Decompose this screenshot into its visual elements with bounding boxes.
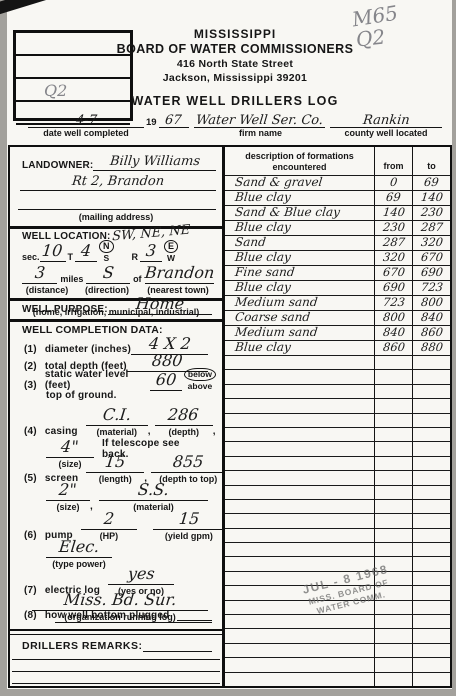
formation-description: Blue clay [225, 221, 374, 235]
formation-to [412, 370, 450, 383]
table-row: Sand287320 [225, 235, 450, 250]
distance-value: 3 [22, 263, 57, 284]
table-row [225, 427, 450, 441]
formation-to [412, 543, 450, 556]
formation-from: 140 [374, 206, 412, 220]
table-row: Fine sand670690 [225, 265, 450, 280]
formation-from [374, 500, 412, 513]
left-panel: LANDOWNER: Billy Williams Rt 2, Brandon … [10, 147, 222, 686]
table-row: Medium sand723800 [225, 295, 450, 310]
table-row [225, 571, 450, 585]
sec-value: 10 [40, 241, 66, 262]
table-row [225, 413, 450, 427]
formation-description [225, 514, 374, 527]
formation-to [412, 500, 450, 513]
formation-from: 287 [374, 236, 412, 250]
formation-from [374, 586, 412, 599]
formation-to [412, 486, 450, 499]
formation-from [374, 399, 412, 412]
formation-description [225, 414, 374, 427]
table-row: Blue clay230287 [225, 220, 450, 235]
item4-material-caption: (material) [96, 427, 137, 437]
remarks-line [12, 671, 220, 684]
formation-from: 840 [374, 326, 412, 340]
item3-above-option: above [188, 382, 213, 391]
formation-description [225, 543, 374, 556]
formation-from [374, 428, 412, 441]
table-row: Coarse sand800840 [225, 310, 450, 325]
formation-to [412, 399, 450, 412]
from-column-header: from [374, 147, 412, 175]
table-row: Blue clay860880 [225, 340, 450, 355]
formation-from: 0 [374, 176, 412, 190]
township-ns-under: S [103, 254, 109, 262]
form-title: WATER WELL DRILLERS LOG [95, 94, 375, 108]
table-row [225, 485, 450, 499]
county-value: Rankin [330, 113, 442, 128]
landowner-label: LANDOWNER: [22, 160, 93, 171]
formation-to: 230 [412, 206, 450, 220]
table-row [225, 441, 450, 455]
formation-to [412, 428, 450, 441]
table-row: Medium sand840860 [225, 325, 450, 340]
formation-from [374, 471, 412, 484]
to-column-header: to [412, 147, 450, 175]
formation-from [374, 486, 412, 499]
section-divider-double [10, 629, 222, 635]
table-row: Blue clay320670 [225, 250, 450, 265]
formation-from: 860 [374, 341, 412, 355]
table-row: Blue clay690723 [225, 280, 450, 295]
direction-value: S [86, 263, 130, 284]
formation-from [374, 356, 412, 369]
table-row [225, 542, 450, 556]
item4-depth-value: 286 [155, 405, 213, 426]
formation-from: 800 [374, 311, 412, 325]
item6-number: (6) [24, 530, 37, 541]
formation-description [225, 385, 374, 398]
formation-to: 690 [412, 266, 450, 280]
formation-to [412, 414, 450, 427]
table-row [225, 398, 450, 412]
comma: , [148, 426, 151, 437]
formation-description: Sand & gravel [225, 176, 374, 190]
formation-from [374, 457, 412, 470]
formations-header-line1: description of formations [225, 151, 374, 162]
item5-length-value: 15 [86, 452, 144, 473]
table-row [225, 600, 450, 614]
org-address-street: 416 North State Street [95, 58, 375, 70]
org-name-line1: MISSISSIPPI [95, 28, 375, 42]
formations-header: description of formations encountered fr… [225, 147, 450, 175]
item4-number: (4) [24, 426, 37, 437]
caption-spacer [144, 128, 191, 138]
table-row: Blue clay69140 [225, 190, 450, 205]
item3-number: (3) [24, 380, 37, 391]
range-label: R [132, 252, 139, 262]
item1-number: (1) [24, 344, 37, 355]
item5-number: (5) [24, 473, 37, 484]
formation-to [412, 442, 450, 455]
county-caption: county well located [330, 128, 442, 138]
formation-from: 69 [374, 191, 412, 205]
item3-value: 60 [150, 370, 182, 391]
table-row [225, 528, 450, 542]
range-value: 3 [140, 241, 162, 262]
item4-depth-caption: (depth) [168, 427, 199, 437]
formation-description: Medium sand [225, 326, 374, 340]
table-row [225, 585, 450, 599]
comma: , [213, 426, 216, 437]
formation-description: Fine sand [225, 266, 374, 280]
formation-description [225, 572, 374, 585]
formation-from [374, 658, 412, 671]
formation-to [412, 385, 450, 398]
item8-number: (8) [24, 610, 37, 621]
formation-to [412, 572, 450, 585]
table-row: Sand & Blue clay140230 [225, 205, 450, 220]
formation-to: 723 [412, 281, 450, 295]
table-row [225, 643, 450, 657]
item2-number: (2) [24, 361, 37, 372]
org-name-line2: BOARD OF WATER COMMISSIONERS [95, 42, 375, 56]
range-ew-choice: E W [164, 240, 178, 262]
miles-label: miles [60, 274, 83, 284]
blank-address-line [18, 193, 216, 210]
formation-description [225, 673, 374, 686]
table-row [225, 499, 450, 513]
date-completed-caption: date well completed [28, 128, 144, 138]
formation-to [412, 644, 450, 657]
formation-description: Sand [225, 236, 374, 250]
formation-description [225, 471, 374, 484]
letterhead: MISSISSIPPI BOARD OF WATER COMMISSIONERS… [95, 28, 375, 109]
formations-rows: Sand & gravel069Blue clay69140Sand & Blu… [225, 175, 450, 686]
formation-from: 723 [374, 296, 412, 310]
formation-from [374, 673, 412, 686]
item4-label: casing [45, 426, 78, 437]
item8-extra-line [55, 610, 212, 623]
item1-label: diameter (inches) [45, 344, 131, 355]
item6-yield-value: 15 [153, 509, 225, 530]
formation-description [225, 557, 374, 570]
well-purpose-caption: (home, irrigation, municipal, industrial… [10, 307, 222, 317]
formation-to [412, 586, 450, 599]
item6-hp-value: 2 [81, 509, 137, 530]
formation-from [374, 514, 412, 527]
formation-from [374, 414, 412, 427]
well-location-label: WELL LOCATION: [22, 231, 111, 242]
formation-description: Blue clay [225, 341, 374, 355]
formation-from [374, 370, 412, 383]
table-row [225, 614, 450, 628]
formation-description [225, 399, 374, 412]
formation-description [225, 529, 374, 542]
formation-description [225, 601, 374, 614]
formation-from: 670 [374, 266, 412, 280]
formation-description [225, 356, 374, 369]
item5-size-value: 2" [46, 480, 90, 501]
item6-yield-caption: (yield gpm) [165, 531, 213, 541]
item5-depth-value: 855 [151, 452, 225, 473]
formation-description [225, 500, 374, 513]
formation-to [412, 615, 450, 628]
formation-description [225, 442, 374, 455]
formations-header-line2: encountered [225, 162, 374, 173]
formation-from [374, 557, 412, 570]
date-completed-value: 4-7 [28, 113, 144, 128]
formation-to: 800 [412, 296, 450, 310]
formation-to [412, 557, 450, 570]
formation-to: 140 [412, 191, 450, 205]
table-row [225, 456, 450, 470]
township-ns-circled: N [99, 240, 114, 253]
dateline: 4-7 19 67 Water Well Ser. Co. Rankin dat… [8, 110, 452, 138]
section-divider [10, 319, 222, 322]
formation-description [225, 370, 374, 383]
formation-from [374, 601, 412, 614]
table-row [225, 672, 450, 686]
formation-description [225, 629, 374, 642]
table-row [225, 657, 450, 671]
formation-from: 690 [374, 281, 412, 295]
table-row [225, 369, 450, 383]
formation-to: 69 [412, 176, 450, 190]
table-row [225, 384, 450, 398]
formations-description-header: description of formations encountered [225, 147, 374, 175]
item3-label: static water level (feet) [45, 369, 150, 391]
formation-to [412, 471, 450, 484]
item4-material-value: C.I. [86, 405, 148, 426]
township-value: 4 [75, 241, 97, 262]
formation-description: Blue clay [225, 251, 374, 265]
formation-description: Medium sand [225, 296, 374, 310]
formation-to [412, 356, 450, 369]
formation-description: Coarse sand [225, 311, 374, 325]
table-row [225, 556, 450, 570]
formation-from [374, 629, 412, 642]
scanned-form: M65 Q2 Q2 MISSISSIPPI BOARD OF WATER COM… [0, 0, 456, 696]
formation-to: 287 [412, 221, 450, 235]
township-label: T [68, 252, 74, 262]
of-label: of [133, 274, 142, 284]
id-box-pencil-note: Q2 [44, 81, 67, 100]
formation-to [412, 658, 450, 671]
table-row [225, 513, 450, 527]
distance-caption: (distance) [18, 285, 76, 295]
formation-from [374, 385, 412, 398]
table-row [225, 355, 450, 369]
formation-description: Blue clay [225, 281, 374, 295]
range-ew-circled: E [164, 240, 178, 253]
formation-from [374, 529, 412, 542]
item7-value: yes [108, 564, 174, 585]
landowner-address-value: Rt 2, Brandon [20, 172, 216, 191]
formation-description [225, 486, 374, 499]
item6-power-value: Elec. [46, 537, 112, 558]
formation-from [374, 442, 412, 455]
item5-material-value: S.S. [99, 480, 208, 501]
formation-to: 320 [412, 236, 450, 250]
sec-label: sec. [22, 252, 40, 262]
form-body: LANDOWNER: Billy Williams Rt 2, Brandon … [8, 145, 452, 688]
formation-from [374, 644, 412, 657]
formation-description [225, 615, 374, 628]
org-address-city: Jackson, Mississippi 39201 [95, 72, 375, 84]
nearest-town-value: Brandon [145, 263, 214, 284]
formations-panel: description of formations encountered fr… [222, 147, 450, 686]
formation-description [225, 644, 374, 657]
year-value: 67 [159, 113, 189, 128]
firm-name-value: Water Well Ser. Co. [194, 113, 325, 128]
formation-to [412, 673, 450, 686]
formation-to: 880 [412, 341, 450, 355]
formation-to [412, 601, 450, 614]
formation-to: 670 [412, 251, 450, 265]
formation-description [225, 586, 374, 599]
formation-description [225, 457, 374, 470]
range-ew-under: W [167, 254, 175, 262]
formation-from [374, 615, 412, 628]
formation-from [374, 543, 412, 556]
formation-description [225, 428, 374, 441]
formation-from: 320 [374, 251, 412, 265]
landowner-name-value: Billy Williams [93, 152, 216, 171]
formation-from [374, 572, 412, 585]
formation-description: Blue clay [225, 191, 374, 205]
formation-to [412, 629, 450, 642]
table-row: Sand & gravel069 [225, 175, 450, 190]
table-row [225, 470, 450, 484]
item3-label2: top of ground. [46, 390, 117, 401]
formation-to [412, 514, 450, 527]
mailing-address-caption: (mailing address) [10, 212, 222, 222]
formation-to [412, 529, 450, 542]
formation-to: 840 [412, 311, 450, 325]
year-prefix: 19 [144, 117, 159, 128]
township-ns-choice: N S [99, 240, 114, 262]
table-row [225, 628, 450, 642]
firm-name-caption: firm name [191, 128, 330, 138]
formation-to [412, 457, 450, 470]
formation-description: Sand & Blue clay [225, 206, 374, 220]
formation-description [225, 658, 374, 671]
formation-from: 230 [374, 221, 412, 235]
item3-below-circled: below [184, 368, 216, 381]
formation-to: 860 [412, 326, 450, 340]
